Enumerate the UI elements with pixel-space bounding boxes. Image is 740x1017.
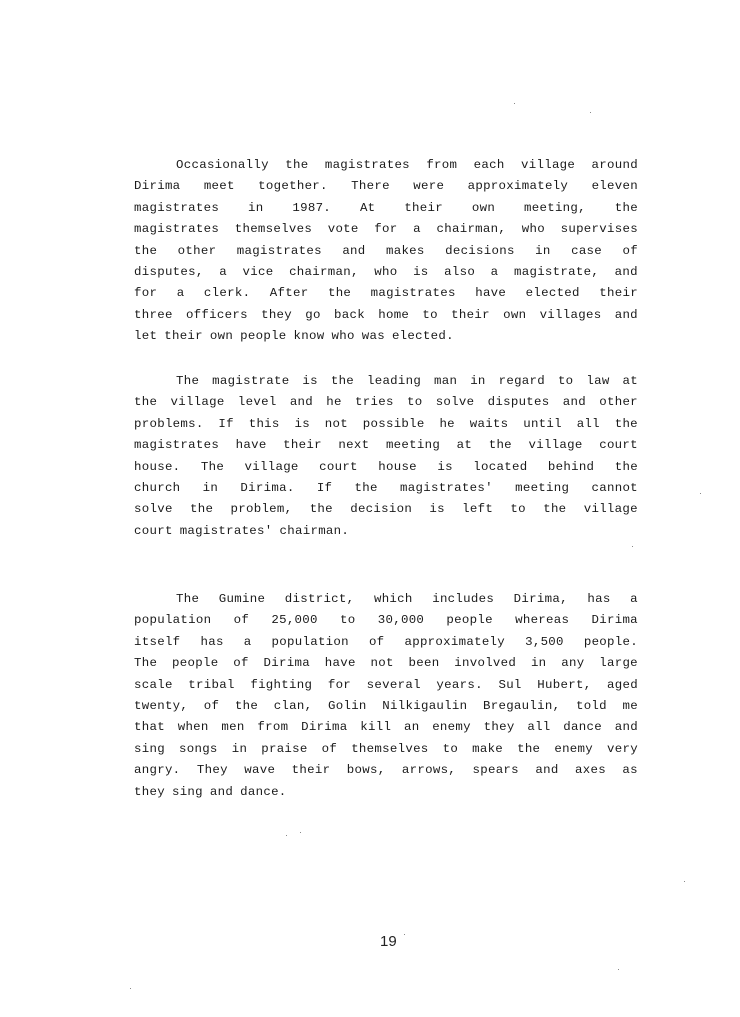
text-line: theothermagistratesandmakesdecisionsinca…	[134, 241, 638, 262]
scan-speck	[286, 835, 287, 836]
scan-speck	[632, 546, 633, 547]
paragraph-magistrates-meeting: Occasionallythemagistratesfromeachvillag…	[134, 155, 638, 348]
paragraph-magistrate-role: Themagistrateistheleadingmaninregardtola…	[134, 371, 638, 542]
text-line: angry.Theywavetheirbows,arrows,spearsand…	[134, 760, 638, 781]
text-line: thatwhenmenfromDirimakillanenemytheyalld…	[134, 717, 638, 738]
text-line: thevillagelevelandhetriestosolvedisputes…	[134, 392, 638, 413]
text-line: threeofficerstheygobackhometotheirownvil…	[134, 305, 638, 326]
scan-speck	[130, 988, 131, 989]
scan-speck	[590, 112, 591, 113]
text-line: twenty,oftheclan,GolinNilkigaulinBregaul…	[134, 696, 638, 717]
text-line: churchinDirima.Ifthemagistrates'meetingc…	[134, 478, 638, 499]
scan-speck	[684, 881, 685, 882]
text-line: scaletribalfightingforseveralyears.SulHu…	[134, 675, 638, 696]
document-page: Occasionallythemagistratesfromeachvillag…	[0, 0, 740, 1017]
text-line: magistrateshavetheirnextmeetingatthevill…	[134, 435, 638, 456]
text-line: lettheirownpeopleknowwhowaselected.	[134, 326, 638, 347]
text-line: problems.Ifthisisnotpossiblehewaitsuntil…	[134, 414, 638, 435]
text-line: Occasionallythemagistratesfromeachvillag…	[134, 155, 638, 176]
text-line: magistratesin1987.Attheirownmeeting,the	[134, 198, 638, 219]
text-line: magistratesthemselvesvoteforachairman,wh…	[134, 219, 638, 240]
text-line: ThepeopleofDirimahavenotbeeninvolvedinan…	[134, 653, 638, 674]
text-line: TheGuminedistrict,whichincludesDirima,ha…	[134, 589, 638, 610]
scan-speck	[514, 103, 515, 104]
text-line: Themagistrateistheleadingmaninregardtola…	[134, 371, 638, 392]
text-line: theysinganddance.	[134, 782, 638, 803]
paragraph-gumine-district: TheGuminedistrict,whichincludesDirima,ha…	[134, 589, 638, 803]
scan-speck	[404, 934, 405, 935]
text-line: house.Thevillagecourthouseislocatedbehin…	[134, 457, 638, 478]
scan-speck	[618, 969, 619, 970]
page-number: 19	[380, 933, 397, 950]
text-line: itselfhasapopulationofapproximately3,500…	[134, 632, 638, 653]
text-line: disputes,avicechairman,whoisalsoamagistr…	[134, 262, 638, 283]
text-line: populationof25,000to30,000peoplewhereasD…	[134, 610, 638, 631]
text-line: foraclerk.Afterthemagistrateshaveelected…	[134, 283, 638, 304]
text-line: solvetheproblem,thedecisionislefttothevi…	[134, 499, 638, 520]
text-line: singsongsinpraiseofthemselvestomaketheen…	[134, 739, 638, 760]
scan-speck	[700, 493, 701, 494]
scan-speck	[300, 832, 301, 833]
text-line: Dirimameettogether.Therewereapproximatel…	[134, 176, 638, 197]
text-line: courtmagistrates'chairman.	[134, 521, 638, 542]
